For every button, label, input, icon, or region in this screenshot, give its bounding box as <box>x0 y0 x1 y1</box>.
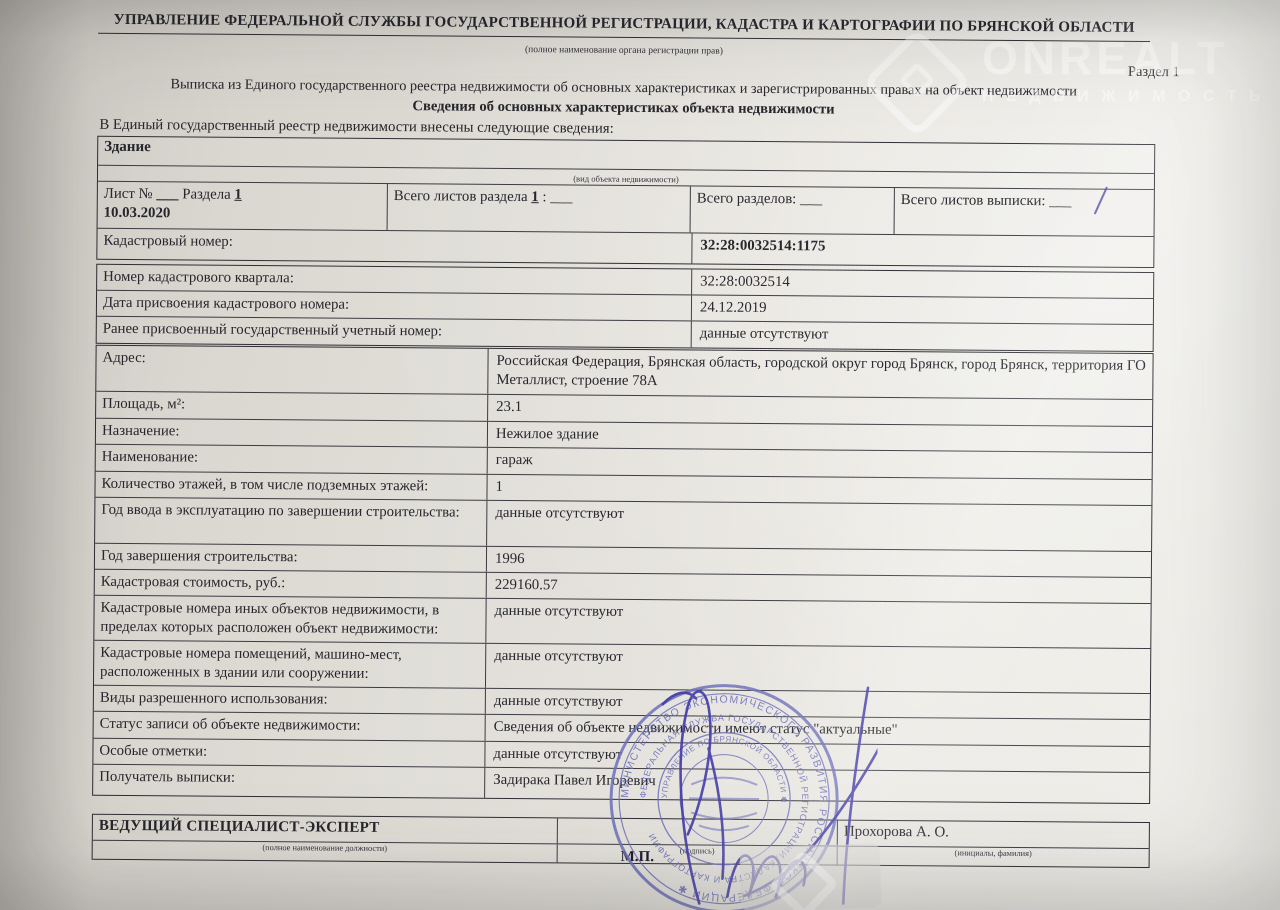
table-row: Адрес: Российская Федерация, Брянская об… <box>96 346 1152 400</box>
object-type-caption: (вид объекта недвижимости) <box>573 173 679 184</box>
row-value: Сведения об объекте недвижимости имеют с… <box>486 714 1150 745</box>
row-value: 1 <box>487 475 1151 505</box>
sheet-info-row: Лист № ___ Раздела 1 10.03.2020 Всего ли… <box>98 182 1154 237</box>
row-label: Статус записи об объекте недвижимости: <box>94 711 486 740</box>
signature-block: ВЕДУЩИЙ СПЕЦИАЛИСТ-ЭКСПЕРТ (полное наиме… <box>92 814 1150 868</box>
row-label: Кадастровый номер: <box>97 229 692 264</box>
signature-caption: (подпись) <box>558 844 837 856</box>
row-label: Особые отметки: <box>93 738 485 766</box>
row-label: Ранее присвоенный государственный учетны… <box>97 317 692 348</box>
row-label: Год ввода в эксплуатацию по завершении с… <box>95 498 487 546</box>
sections-total-cell: Всего разделов: ___ <box>691 186 895 234</box>
row-value: Российская Федерация, Брянская область, … <box>488 349 1152 399</box>
row-label: Год завершения строительства: <box>95 544 487 572</box>
row-value: гараж <box>488 448 1152 479</box>
row-label: Адрес: <box>96 346 488 394</box>
row-value: Нежилое здание <box>488 422 1152 452</box>
main-characteristics-table: Адрес: Российская Федерация, Брянская об… <box>92 345 1154 804</box>
signature-cell: (подпись) <box>558 818 838 864</box>
sheet-number-cell: Лист № ___ Раздела 1 10.03.2020 <box>98 182 388 230</box>
name-caption: (инициалы, фамилия) <box>838 847 1149 859</box>
row-value: данные отсутствуют <box>486 688 1150 718</box>
row-label: Наименование: <box>96 445 488 474</box>
row-value: данные отсутствуют <box>486 644 1150 693</box>
row-label: Виды разрешенного использования: <box>94 685 486 713</box>
row-value: 24.12.2019 <box>692 295 1153 324</box>
extract-date: 10.03.2020 <box>104 205 171 222</box>
cadastral-quarter-table: Номер кадастрового квартала: 32:28:00325… <box>96 264 1155 352</box>
intro-line: В Единый государственный реестр недвижим… <box>99 117 614 138</box>
row-label: Назначение: <box>96 419 488 447</box>
specialist-name: Прохорова А. О. <box>838 821 1149 849</box>
row-value: 1996 <box>487 547 1151 577</box>
sheets-total-cell: Всего листов раздела 1 : ___ <box>388 184 691 232</box>
row-value: 229160.57 <box>487 573 1151 603</box>
row-value: Задирака Павел Игоревич <box>485 767 1149 802</box>
registration-authority-name: УПРАВЛЕНИЕ ФЕДЕРАЛЬНОЙ СЛУЖБЫ ГОСУДАРСТВ… <box>98 12 1150 42</box>
row-label: Количество этажей, в том числе подземных… <box>95 472 487 500</box>
row-label: Кадастровая стоимость, руб.: <box>95 570 487 598</box>
extract-sheets-total-cell: Всего листов выписки: ___ <box>895 188 1154 236</box>
table-row: Год ввода в эксплуатацию по завершении с… <box>95 498 1151 552</box>
position-cell: ВЕДУЩИЙ СПЕЦИАЛИСТ-ЭКСПЕРТ (полное наиме… <box>93 815 558 863</box>
document-photo: УПРАВЛЕНИЕ ФЕДЕРАЛЬНОЙ СЛУЖБЫ ГОСУДАРСТВ… <box>0 0 1280 910</box>
row-label: Площадь, м²: <box>96 392 488 421</box>
object-header-table: Здание (вид объекта недвижимости) Лист №… <box>96 136 1155 268</box>
cadastral-number-value: 32:28:0032514:1175 <box>692 233 1153 267</box>
row-value: данные отсутствуют <box>487 501 1151 551</box>
row-label: Кадастровые номера иных объектов недвижи… <box>94 596 486 643</box>
row-label: Получатель выписки: <box>93 764 485 797</box>
row-label: Кадастровые номера помещений, машино-мес… <box>94 641 486 688</box>
row-value: 23.1 <box>488 395 1152 426</box>
row-value: 32:28:0032514 <box>692 269 1153 298</box>
row-value: данные отсутствуют <box>486 599 1150 648</box>
name-cell: Прохорова А. О. (инициалы, фамилия) <box>838 821 1149 867</box>
row-value: данные отсутствуют <box>485 741 1149 771</box>
egrn-extract-page: УПРАВЛЕНИЕ ФЕДЕРАЛЬНОЙ СЛУЖБЫ ГОСУДАРСТВ… <box>0 0 1280 910</box>
row-value: данные отсутствуют <box>692 321 1153 351</box>
position-title: ВЕДУЩИЙ СПЕЦИАЛИСТ-ЭКСПЕРТ <box>93 815 557 845</box>
stamp-place-label: М.П. <box>621 849 654 866</box>
row-label: Номер кадастрового квартала: <box>97 265 692 295</box>
row-label: Дата присвоения кадастрового номера: <box>97 291 692 321</box>
pen-mark <box>1093 186 1108 214</box>
